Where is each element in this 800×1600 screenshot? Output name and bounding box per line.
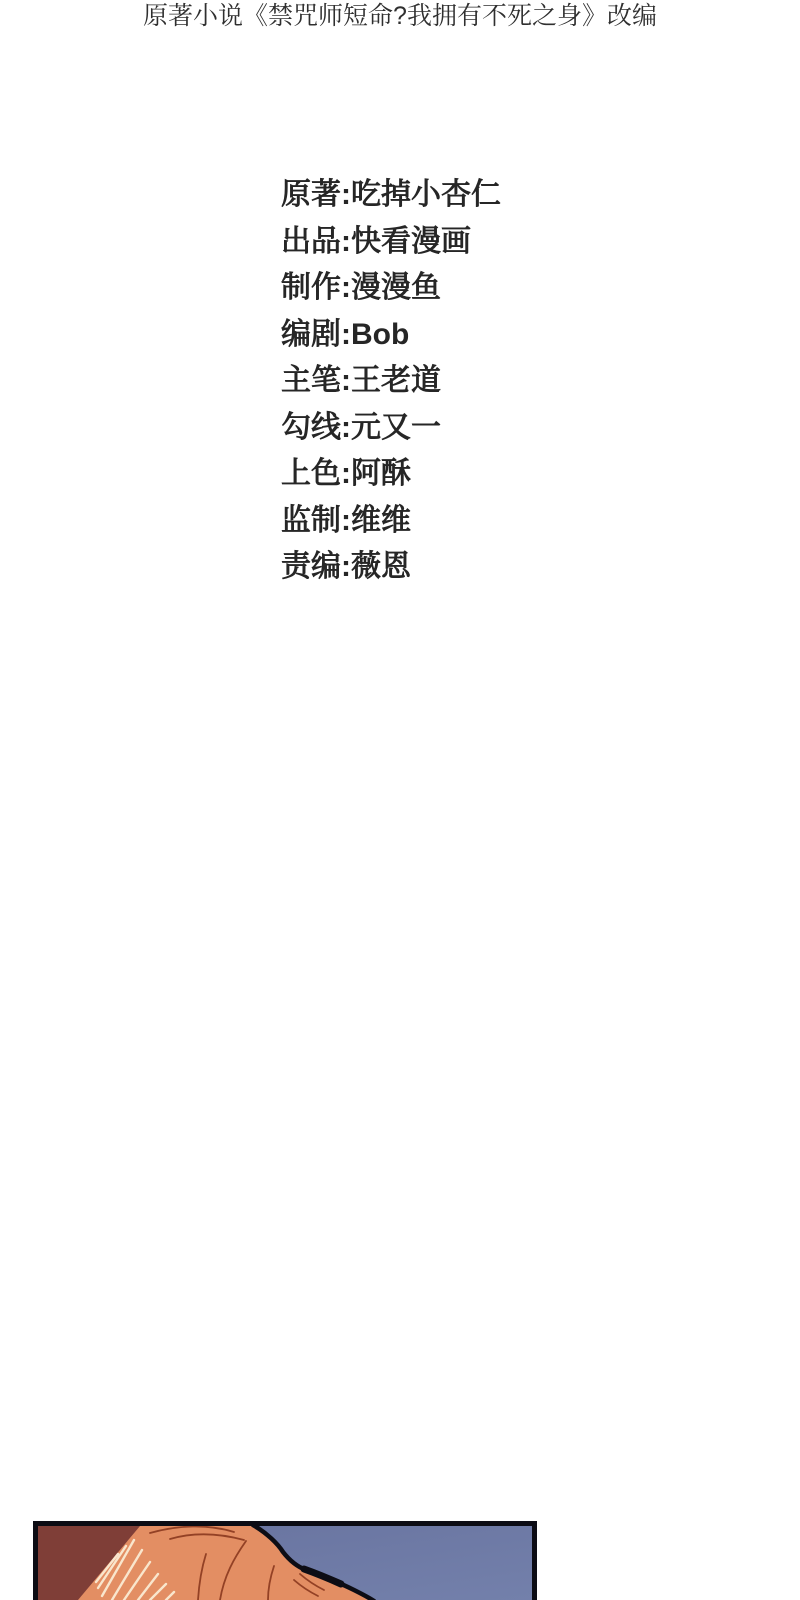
credit-label: 主笔: [281, 364, 341, 397]
credit-label: 上色: [281, 457, 341, 490]
credit-separator: :: [341, 364, 351, 397]
credit-separator: :: [341, 457, 351, 490]
credit-line-studio: 制作:漫漫鱼: [281, 265, 501, 312]
panel-artwork: [38, 1526, 532, 1600]
credit-line-producer: 出品:快看漫画: [281, 219, 501, 266]
credit-value: 吃掉小杏仁: [351, 178, 501, 211]
credit-value: Bob: [351, 318, 409, 351]
credit-separator: :: [341, 225, 351, 258]
comic-credits-page: 原著小说《禁咒师短命?我拥有不死之身》改编 原著:吃掉小杏仁 出品:快看漫画 制…: [0, 0, 800, 1600]
credit-separator: :: [341, 550, 351, 583]
credit-label: 责编: [281, 550, 341, 583]
credit-separator: :: [341, 271, 351, 304]
credit-value: 维维: [351, 504, 411, 537]
credit-label: 制作: [281, 271, 341, 304]
credit-line-original-author: 原著:吃掉小杏仁: [281, 172, 501, 219]
credit-separator: :: [341, 178, 351, 211]
adaptation-note: 原著小说《禁咒师短命?我拥有不死之身》改编: [0, 1, 800, 31]
credit-label: 勾线: [281, 411, 341, 444]
credit-separator: :: [341, 504, 351, 537]
credit-label: 编剧: [281, 318, 341, 351]
credit-line-coloring: 上色:阿酥: [281, 451, 501, 498]
credit-separator: :: [341, 318, 351, 351]
credits-list: 原著:吃掉小杏仁 出品:快看漫画 制作:漫漫鱼 编剧:Bob 主笔:王老道 勾线…: [281, 172, 501, 591]
credit-value: 阿酥: [351, 457, 411, 490]
credit-label: 原著: [281, 178, 341, 211]
credit-separator: :: [341, 411, 351, 444]
comic-panel: [33, 1521, 537, 1600]
credit-line-lead-artist: 主笔:王老道: [281, 358, 501, 405]
credit-value: 王老道: [351, 364, 441, 397]
credit-value: 元又一: [351, 411, 441, 444]
credit-value: 快看漫画: [351, 225, 471, 258]
credit-line-supervisor: 监制:维维: [281, 498, 501, 545]
credit-value: 薇恩: [351, 550, 411, 583]
credit-label: 监制: [281, 504, 341, 537]
credit-label: 出品: [281, 225, 341, 258]
credit-line-editor: 责编:薇恩: [281, 544, 501, 591]
credit-line-lineart: 勾线:元又一: [281, 405, 501, 452]
credit-value: 漫漫鱼: [351, 271, 441, 304]
credit-line-screenwriter: 编剧:Bob: [281, 312, 501, 359]
